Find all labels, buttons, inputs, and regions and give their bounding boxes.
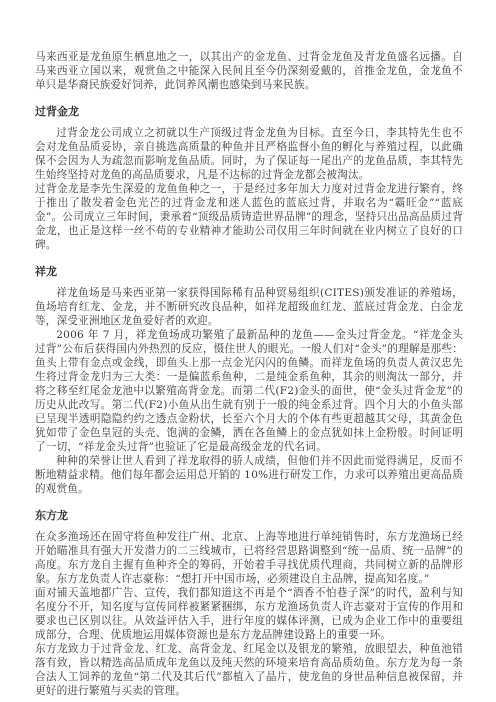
document-content: 马来西亚是龙鱼原生栖息地之一，以其出产的金龙鱼、过背金龙鱼及青龙鱼盛名远播。自马… xyxy=(35,50,463,698)
paragraph: 在众多渔场还在固守将鱼种发往广州、北京、上海等地进行单纯销售时，东方龙渔场已经开… xyxy=(35,530,463,586)
paragraph: 过背金龙是李先生深爱的龙鱼鱼种之一，于是经过多年加大力度对过背金龙进行繁育，终于… xyxy=(35,182,463,252)
section-xianglong: 祥龙 祥龙鱼场是马来西亚第一家获得国际稀有品种贸易组织(CITES)颁发准证的养… xyxy=(35,265,463,496)
paragraph: 2006 年 7 月，祥龙鱼场成功繁殖了最新品种的龙鱼——金头过背金龙。“祥龙金… xyxy=(35,328,463,454)
section-heading-xianglong: 祥龙 xyxy=(35,265,463,279)
intro-paragraph: 马来西亚是龙鱼原生栖息地之一，以其出产的金龙鱼、过背金龙鱼及青龙鱼盛名远播。自马… xyxy=(35,50,463,92)
paragraph: 过背金龙公司成立之初就以生产顶级过背金龙鱼为目标。直至今日，李其特先生也不会对龙… xyxy=(35,126,463,182)
document-page: 马来西亚是龙鱼原生栖息地之一，以其出产的金龙鱼、过背金龙鱼及青龙鱼盛名远播。自马… xyxy=(0,0,496,702)
paragraph: 祥龙鱼场是马来西亚第一家获得国际稀有品种贸易组织(CITES)颁发准证的养殖场，… xyxy=(35,286,463,328)
section-guobei-jinlong: 过背金龙 过背金龙公司成立之初就以生产顶级过背金龙鱼为目标。直至今日，李其特先生… xyxy=(35,105,463,252)
section-heading-dongfanglong: 东方龙 xyxy=(35,509,463,523)
paragraph: 种种的荣誉让世人看到了祥龙取得的骄人成绩，但他们并不因此而觉得满足，反而不断地精… xyxy=(35,454,463,496)
section-heading-guobei-jinlong: 过背金龙 xyxy=(35,105,463,119)
paragraph: 面对铺天盖地都广告、宣传，我们都知道这不再是个“酒香不怕巷子深”的时代，盈利与知… xyxy=(35,586,463,642)
section-dongfanglong: 东方龙 在众多渔场还在固守将鱼种发往广州、北京、上海等地进行单纯销售时，东方龙渔… xyxy=(35,509,463,698)
paragraph: 东方龙致力于过背金龙、红龙、高背金龙、红尾金以及银龙的繁殖，放眼望去，种鱼池错落… xyxy=(35,642,463,698)
